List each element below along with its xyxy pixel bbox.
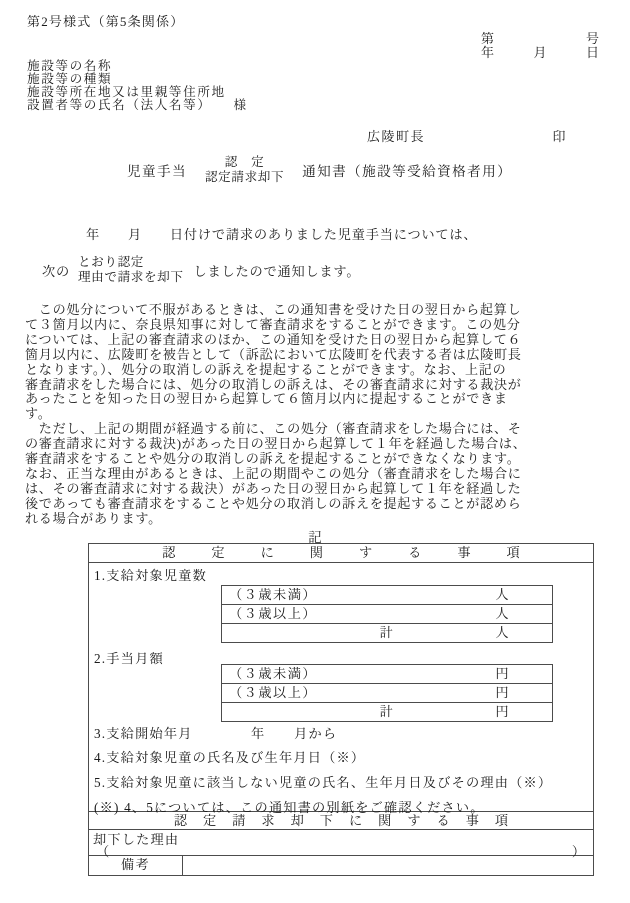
main-table: 認定に関する事項 1.支給対象児童数 （３歳未満） 人 （３歳以上） 人 計 人…: [88, 543, 594, 876]
decision-option-rejection: 理由で請求を却下: [78, 270, 184, 285]
table-row: 計 円: [222, 702, 552, 721]
row-unit: 人: [495, 624, 510, 642]
appeal-paragraph-2: ただし、上記の期間が経過する前に、この処分（審査請求をした場合には、そ の審査請…: [25, 422, 605, 526]
title-option-rejection: 認定請求却下: [205, 170, 284, 185]
table-row: （３歳以上） 人: [222, 604, 552, 623]
honorific-sama: 様: [234, 98, 248, 112]
item1-label: 1.支給対象児童数: [94, 565, 207, 584]
row-unit: 円: [495, 684, 510, 702]
date-month-label: 月: [533, 46, 547, 60]
item3-line: 3.支給開始年月 年 月から: [94, 723, 584, 742]
document-number-line: 第 号: [481, 32, 600, 46]
title-option-approval: 認 定: [225, 155, 265, 170]
child-count-table: （３歳未満） 人 （３歳以上） 人 計 人: [221, 585, 553, 643]
allowance-amount-table: （３歳未満） 円 （３歳以上） 円 計 円: [221, 664, 553, 722]
table-row: 計 人: [222, 623, 552, 642]
issuer-line: 広陵町長 印: [367, 126, 567, 145]
founder-name-label: 設置者等の氏名（法人名等）: [27, 98, 212, 112]
row-unit: 円: [495, 703, 510, 721]
recipient-block: 施設等の名称 施設等の種類 施設等所在地又は里親等住所地 設置者等の氏名（法人名…: [27, 60, 248, 112]
item5-label: 5.支給対象児童に該当しない児童の氏名、生年月日及びその理由（※）: [94, 772, 552, 791]
title-suffix: 通知書（施設等受給資格者用）: [302, 160, 512, 180]
decision-prefix: 次の: [42, 261, 70, 280]
request-date-sentence: 年 月 日付けで請求のありました児童手当については、: [86, 224, 477, 243]
decision-suffix: しましたので通知します。: [194, 261, 361, 280]
title-prefix: 児童手当: [127, 160, 187, 180]
mayor-name: 広陵町長: [367, 126, 425, 145]
rejection-reason-row: 却下した理由 （ ）: [89, 830, 593, 856]
item2-label: 2.手当月額: [94, 648, 164, 667]
row-unit: 人: [495, 586, 510, 604]
rejection-paren-open: （: [96, 841, 109, 860]
date-day-label: 日: [586, 46, 600, 60]
table-row: （３歳未満） 人: [222, 586, 552, 604]
doc-number-suffix: 号: [586, 32, 600, 46]
appeal-instructions: この処分について不服があるときは、この通知書を受けた日の翌日から起算し て３箇月…: [25, 303, 605, 527]
remarks-row: 備考: [89, 856, 593, 875]
table-row: （３歳以上） 円: [222, 683, 552, 702]
document-title: 児童手当 認 定 認定請求却下 通知書（施設等受給資格者用）: [127, 155, 512, 185]
section1-header: 認定に関する事項: [89, 544, 593, 563]
row-unit: 円: [495, 665, 510, 683]
founder-name-line: 設置者等の氏名（法人名等）様: [27, 99, 248, 112]
appeal-paragraph-1: この処分について不服があるときは、この通知書を受けた日の翌日から起算し て３箇月…: [25, 303, 605, 422]
decision-option-approval: とおり認定: [78, 255, 144, 270]
item4-label: 4.支給対象児童の氏名及び生年月日（※）: [94, 747, 365, 766]
section1-body: 1.支給対象児童数 （３歳未満） 人 （３歳以上） 人 計 人 2.手当月額: [89, 563, 593, 811]
notification-form-page: 第2号様式（第5条関係） 第 号 年 月 日 施設等の名称 施設等の種類 施設等…: [0, 0, 630, 903]
table-row: （３歳未満） 円: [222, 665, 552, 683]
decision-sentence: 次の とおり認定 理由で請求を却下 しましたので通知します。: [42, 255, 360, 285]
decision-option-stack: とおり認定 理由で請求を却下: [78, 255, 184, 285]
facility-type-label: 施設等の種類: [27, 73, 248, 86]
attachment-note: (※) 4、5については、この通知書の別紙をご確認ください。: [94, 797, 485, 816]
row-unit: 人: [495, 605, 510, 623]
rejection-paren-close: ）: [572, 841, 585, 860]
doc-number-prefix: 第: [481, 32, 495, 46]
title-option-stack: 認 定 認定請求却下: [205, 155, 284, 185]
form-number: 第2号様式（第5条関係）: [27, 11, 184, 30]
document-date-line: 年 月 日: [481, 46, 600, 60]
date-year-label: 年: [481, 46, 495, 60]
remarks-value: [183, 856, 593, 875]
payment-start-year-month: 年 月から: [251, 723, 337, 742]
facility-name-label: 施設等の名称: [27, 60, 248, 73]
seal-mark: 印: [552, 126, 567, 145]
document-number-date-block: 第 号 年 月 日: [481, 32, 600, 59]
item3-label: 3.支給開始年月: [94, 726, 193, 741]
